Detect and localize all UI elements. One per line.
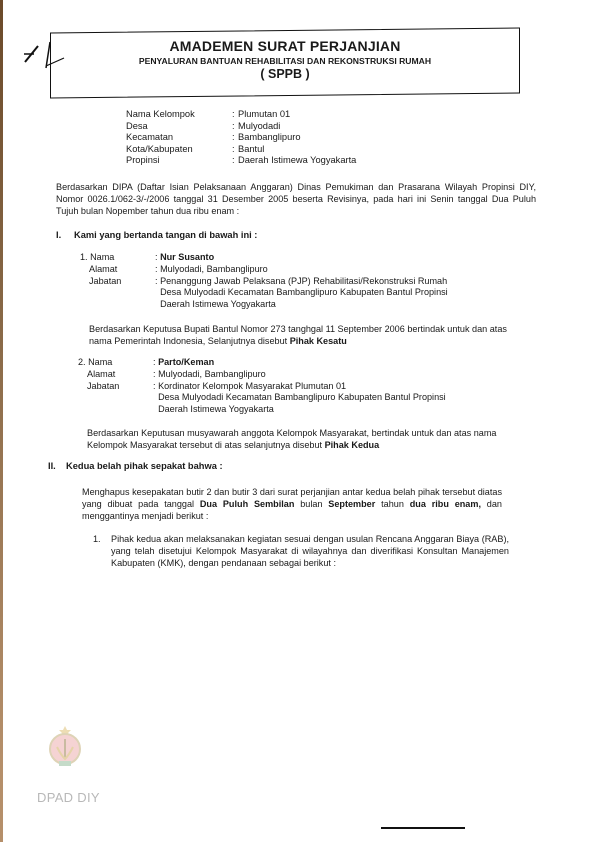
party-one: 1. Nama: Nur Susanto Alamat: Mulyodadi, … <box>80 252 520 311</box>
info-row: Kecamatan:Bambanglipuro <box>126 132 356 144</box>
intro-paragraph: Berdasarkan DIPA (Daftar Isian Pelaksana… <box>56 181 536 217</box>
info-row: Kota/Kabupaten:Bantul <box>126 144 356 156</box>
signature-line <box>381 827 465 829</box>
party-two-name: Parto/Keman <box>158 357 214 367</box>
section-heading-1: I.Kami yang bertanda tangan di bawah ini… <box>56 230 257 240</box>
scan-edge <box>0 0 3 842</box>
group-info: Nama Kelompok:Plumutan 01 Desa:Mulyodadi… <box>126 109 356 167</box>
info-row: Desa:Mulyodadi <box>126 121 356 133</box>
party-two: 2. Nama: Parto/Keman Alamat: Mulyodadi, … <box>78 357 518 416</box>
agreement-paragraph: Menghapus kesepakatan butir 2 dan butir … <box>82 486 502 522</box>
document-subtitle: PENYALURAN BANTUAN REHABILITASI DAN REKO… <box>50 56 520 66</box>
emblem-icon <box>45 725 85 767</box>
document-code: ( SPPB ) <box>50 67 520 81</box>
party-one-basis: Berdasarkan Keputusa Bupati Bantul Nomor… <box>89 323 509 347</box>
party-two-basis: Berdasarkan Keputusan musyawarah anggota… <box>87 427 517 451</box>
document-title: AMADEMEN SURAT PERJANJIAN <box>50 38 520 54</box>
info-row: Propinsi:Daerah Istimewa Yogyakarta <box>126 155 356 167</box>
info-row: Nama Kelompok:Plumutan 01 <box>126 109 356 121</box>
party-one-name: Nur Susanto <box>160 252 214 262</box>
agreement-item-1: 1. Pihak kedua akan melaksanakan kegiata… <box>93 533 509 569</box>
section-heading-2: II.Kedua belah pihak sepakat bahwa : <box>48 461 223 471</box>
watermark-text: DPAD DIY <box>37 790 100 805</box>
